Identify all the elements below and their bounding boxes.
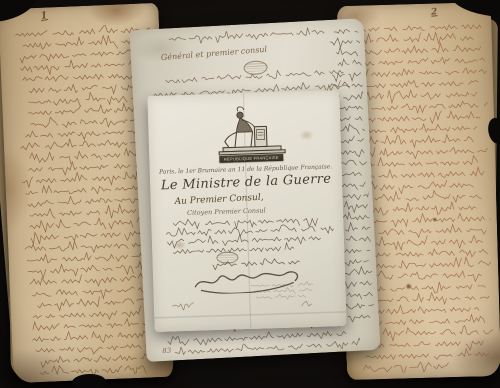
- back-sheet-heading: Général et premier consul: [161, 45, 268, 62]
- archive-mark: 83: [162, 347, 171, 355]
- left-page-number: 1: [40, 10, 49, 22]
- document-body-handwriting: [165, 214, 334, 257]
- ministry-letterhead-document: RÉPUBLIQUE FRANÇAISE Paris, le 1er Bruma…: [147, 90, 346, 332]
- small-corner-mark: [300, 301, 312, 309]
- back-sheet-line-1: [164, 26, 334, 46]
- right-page-corner-tear: [447, 0, 500, 19]
- republique-francaise-banner: RÉPUBLIQUE FRANÇAISE: [219, 154, 283, 163]
- archive-photo: 1 2 Général et premier consul 83: [0, 0, 500, 388]
- document-salutation: Citoyen Premier Consul: [187, 206, 266, 216]
- republic-vignette-engraving: [148, 100, 342, 160]
- left-page-corner-tear: [0, 0, 38, 25]
- ink-shelf-mark: [166, 301, 194, 311]
- document-addressee: Au Premier Consul,: [174, 193, 263, 207]
- pencil-notes: [249, 281, 314, 301]
- right-page-number: 2: [431, 7, 438, 18]
